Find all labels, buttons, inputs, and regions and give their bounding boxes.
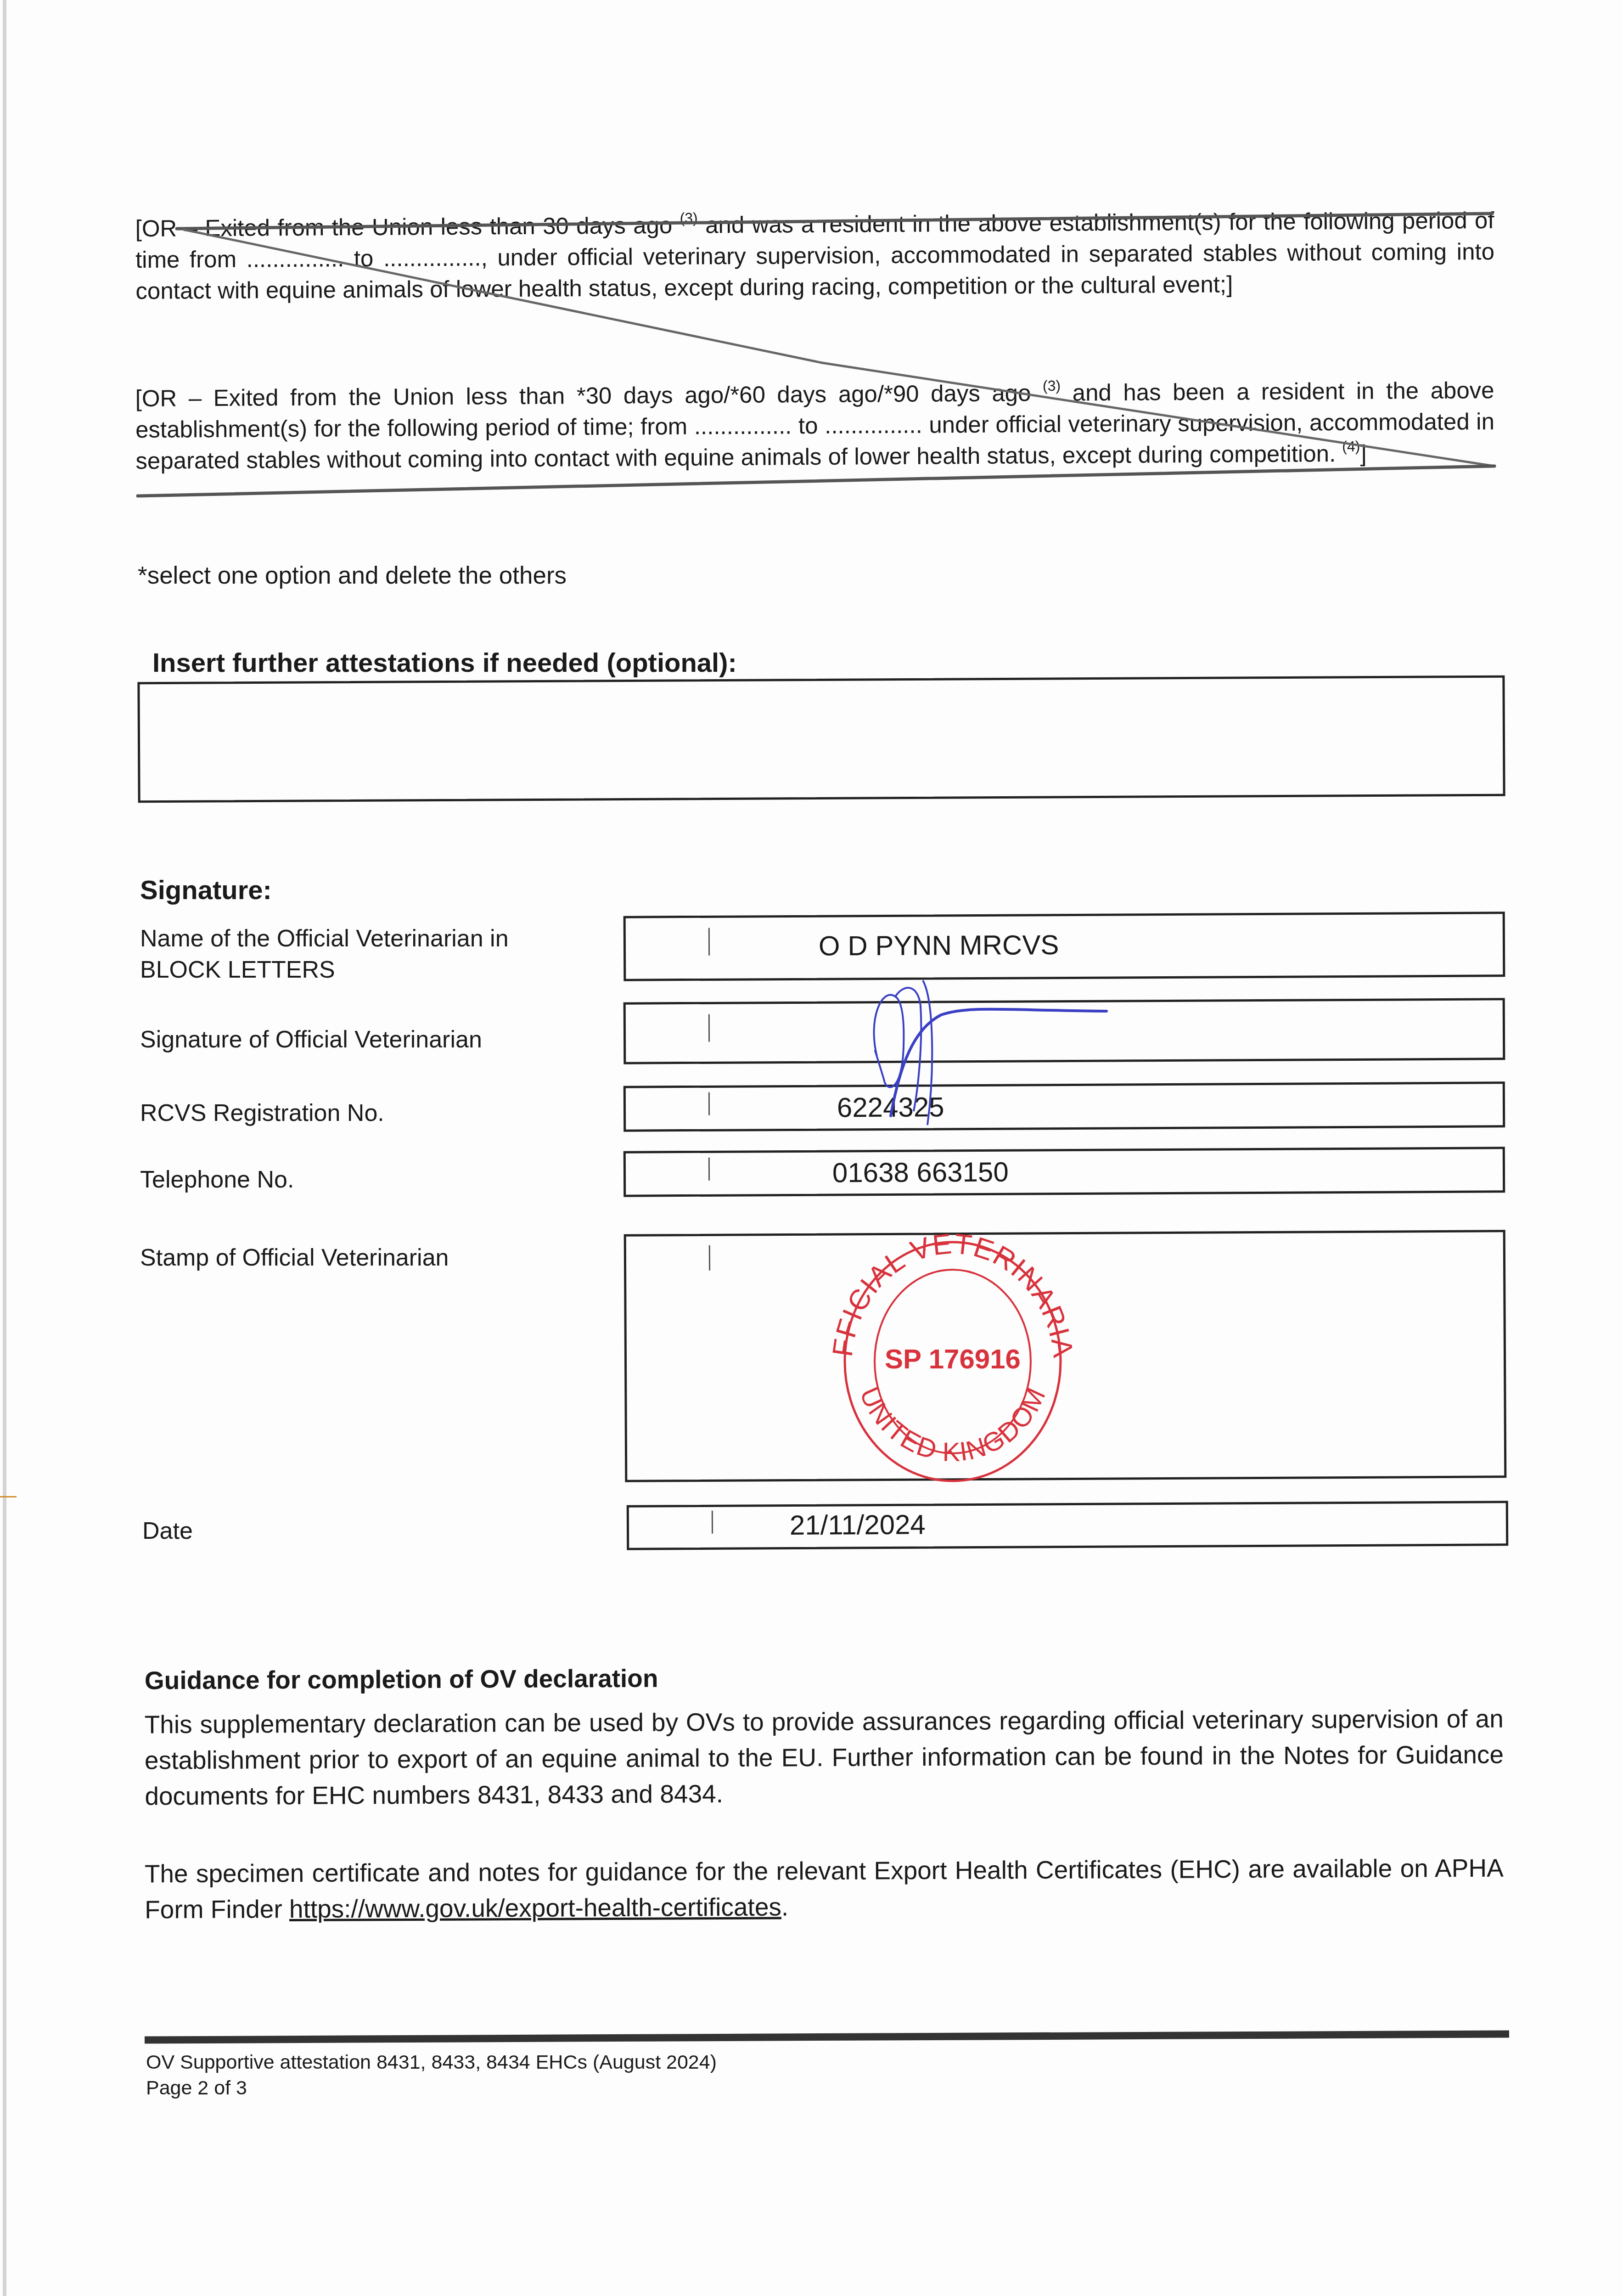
further-attestations-heading: Insert further attestations if needed (o… <box>152 647 737 678</box>
further-attestations-input[interactable] <box>137 675 1505 803</box>
ov-name-field[interactable]: O D PYNN MRCVS <box>623 912 1505 981</box>
footer-divider <box>145 2031 1509 2044</box>
footer-document-title: OV Supportive attestation 8431, 8433, 84… <box>146 2049 717 2075</box>
field-label-date: Date <box>142 1515 193 1547</box>
export-health-certificates-link[interactable]: https://www.gov.uk/export-health-certifi… <box>289 1892 781 1923</box>
footer-page-number: Page 2 of 3 <box>146 2075 717 2101</box>
select-note: *select one option and delete the others <box>138 560 567 591</box>
date-value: 21/11/2024 <box>790 1509 926 1542</box>
ov-name-value: O D PYNN MRCVS <box>819 929 1059 962</box>
guidance-paragraph-1: This supplementary declaration can be us… <box>145 1701 1504 1814</box>
svg-text:OFFICIAL VETERINARIAN: OFFICIAL VETERINARIAN <box>820 1228 1079 1360</box>
field-label-signature: Signature of Official Veterinarian <box>140 1024 482 1055</box>
stamp-center-number: SP 176916 <box>885 1344 1021 1374</box>
footer: OV Supportive attestation 8431, 8433, 84… <box>146 2049 717 2101</box>
guidance-paragraph-2: The specimen certificate and notes for g… <box>145 1850 1504 1928</box>
scan-mark <box>0 1496 17 1497</box>
field-label-rcvs: RCVS Registration No. <box>140 1097 384 1129</box>
telephone-value: 01638 663150 <box>832 1156 1009 1189</box>
strikethrough-pen-lines <box>0 0 1623 528</box>
handwritten-signature <box>849 974 1125 1130</box>
field-label-ov-name: Name of the Official Veterinarian in BLO… <box>140 923 581 985</box>
guidance-text: . <box>781 1892 789 1921</box>
signature-heading: Signature: <box>140 875 272 906</box>
field-label-stamp: Stamp of Official Veterinarian <box>140 1242 449 1273</box>
official-veterinarian-stamp: OFFICIAL VETERINARIAN UNITED KINGDOM SP … <box>820 1228 1086 1490</box>
stamp-top-text: OFFICIAL VETERINARIAN <box>820 1228 1079 1360</box>
telephone-field[interactable]: 01638 663150 <box>623 1147 1505 1197</box>
date-field[interactable]: 21/11/2024 <box>627 1501 1508 1550</box>
field-label-telephone: Telephone No. <box>140 1164 294 1195</box>
guidance-heading: Guidance for completion of OV declaratio… <box>145 1664 658 1695</box>
